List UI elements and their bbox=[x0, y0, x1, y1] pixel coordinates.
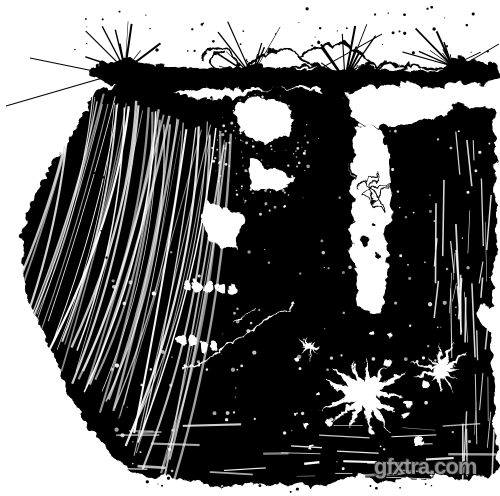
watermark: gfxtra.com bbox=[374, 454, 476, 480]
grunge-illustration-svg bbox=[0, 0, 500, 496]
artwork-canvas: gfxtra.com bbox=[0, 0, 500, 496]
white-channel bbox=[349, 123, 389, 312]
